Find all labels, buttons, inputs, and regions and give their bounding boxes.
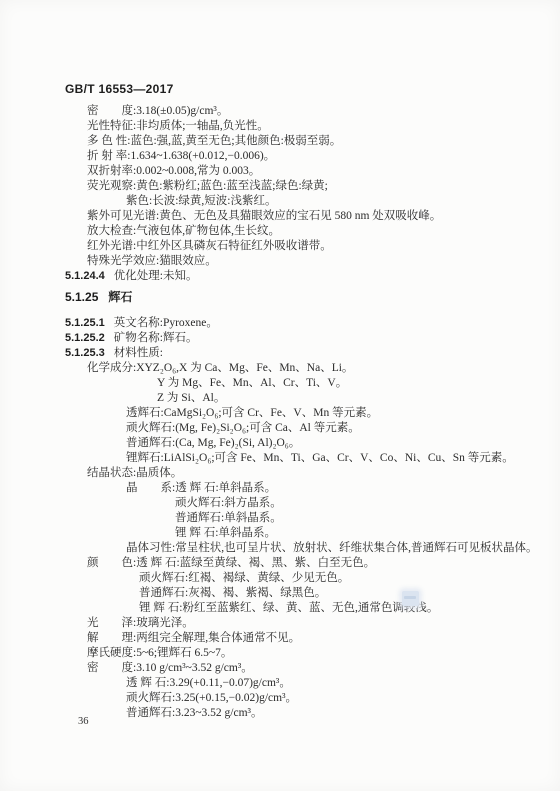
line-text: 普通辉石:单斜晶系。 xyxy=(175,512,282,524)
line-text: 顽火辉石:3.25(+0.15,−0.02)g/cm³。 xyxy=(126,692,297,704)
property-line: 透 辉 石:3.29(+0.11,−0.07)g/cm³。 xyxy=(65,676,530,691)
line-text: 晶 系:透 辉 石:单斜晶系。 xyxy=(126,482,276,494)
property-line: 颜 色:透 辉 石:蓝绿至黄绿、褐、黑、紫、白至无色。 xyxy=(65,556,530,571)
property-line: 锂 辉 石:粉红至蓝紫红、绿、黄、蓝、无色,通常色调较浅。 xyxy=(65,601,530,616)
property-line: 锂 辉 石:单斜晶系。 xyxy=(65,526,530,541)
property-line: 普通辉石:灰褐、褐、紫褐、绿黑色。 xyxy=(65,586,530,601)
property-line: 顽火辉石:3.25(+0.15,−0.02)g/cm³。 xyxy=(65,691,530,706)
line-text: 透辉石:CaMgSi₂O₆;可含 Cr、Fe、V、Mn 等元素。 xyxy=(126,407,378,419)
line-text: 普通辉石:(Ca, Mg, Fe)₂(Si, Al)₂O₆。 xyxy=(126,437,300,449)
line-text: 锂辉石:LiAlSi₂O₆;可含 Fe、Mn、Ti、Ga、Cr、V、Co、Ni、… xyxy=(126,452,514,464)
clause-number: 5.1.25.1 xyxy=(65,317,105,329)
line-text: 多 色 性:蓝色:强,蓝,黄至无色;其他颜色:极弱至弱。 xyxy=(87,135,341,147)
line-text: 英文名称:Pyroxene。 xyxy=(114,317,218,329)
property-line: 光性特征:非均质体;一轴晶,负光性。 xyxy=(65,119,530,134)
property-line: 晶 系:透 辉 石:单斜晶系。 xyxy=(65,481,530,496)
section-heading: 5.1.25辉石 xyxy=(65,290,530,305)
line-text: 顽火辉石:(Mg, Fe)₂Si₂O₆;可含 Ca、Al 等元素。 xyxy=(126,422,360,434)
line-text: 荧光观察:黄色:紫粉红;蓝色:蓝至浅蓝;绿色:绿黄; xyxy=(87,180,328,192)
property-line: 特殊光学效应:猫眼效应。 xyxy=(65,254,530,269)
section-title: 辉石 xyxy=(108,290,132,304)
line-text: 普通辉石:3.23~3.52 g/cm³。 xyxy=(126,707,262,719)
property-line: 锂辉石:LiAlSi₂O₆;可含 Fe、Mn、Ti、Ga、Cr、V、Co、Ni、… xyxy=(65,451,530,466)
property-line: 紫色:长波:绿黄,短波:浅紫红。 xyxy=(65,194,530,209)
property-line: 顽火辉石:斜方晶系。 xyxy=(65,496,530,511)
line-text: 普通辉石:灰褐、褐、紫褐、绿黑色。 xyxy=(139,587,326,599)
line-text: 顽火辉石:斜方晶系。 xyxy=(175,497,282,509)
property-line: 晶体习性:常呈柱状,也可呈片状、放射状、纤维状集合体,普通辉石可见板状晶体。 xyxy=(65,541,530,556)
line-text: 红外光谱:中红外区具磷灰石特征红外吸收谱带。 xyxy=(87,240,332,252)
clause-line: 5.1.24.4优化处理:未知。 xyxy=(65,269,530,284)
clause-number: 5.1.24.4 xyxy=(65,270,105,282)
document-body: 密 度:3.18(±0.05)g/cm³。光性特征:非均质体;一轴晶,负光性。多… xyxy=(65,104,530,727)
property-line: 解 理:两组完全解理,集合体通常不见。 xyxy=(65,631,530,646)
standard-code-header: GB/T 16553—2017 xyxy=(65,82,174,96)
line-text: 折 射 率:1.634~1.638(+0.012,−0.006)。 xyxy=(87,150,275,162)
property-line: Z 为 Si、Al。 xyxy=(65,391,530,406)
scan-artifact xyxy=(402,591,419,606)
property-line: 光 泽:玻璃光泽。 xyxy=(65,616,530,631)
line-text: Y 为 Mg、Fe、Mn、Al、Cr、Ti、V。 xyxy=(157,377,347,389)
line-text: 摩氏硬度:5~6;锂辉石 6.5~7。 xyxy=(87,647,232,659)
property-line: 顽火辉石:红褐、褐绿、黄绿、少见无色。 xyxy=(65,571,530,586)
clause-line: 5.1.25.1英文名称:Pyroxene。 xyxy=(65,316,530,331)
clause-line: 5.1.25.2矿物名称:辉石。 xyxy=(65,331,530,346)
line-text: 矿物名称:辉石。 xyxy=(114,332,198,344)
line-text: 材料性质: xyxy=(114,347,163,359)
section-number: 5.1.25 xyxy=(65,290,98,304)
property-line: 折 射 率:1.634~1.638(+0.012,−0.006)。 xyxy=(65,149,530,164)
property-line: 结晶状态:晶质体。 xyxy=(65,466,530,481)
line-text: 结晶状态:晶质体。 xyxy=(87,467,182,479)
line-text: 紫色:长波:绿黄,短波:浅紫红。 xyxy=(126,195,276,207)
property-line: 透辉石:CaMgSi₂O₆;可含 Cr、Fe、V、Mn 等元素。 xyxy=(65,406,530,421)
line-text: 密 度:3.18(±0.05)g/cm³。 xyxy=(87,105,228,117)
line-text: 双折射率:0.002~0.008,常为 0.003。 xyxy=(87,165,260,177)
line-text: 特殊光学效应:猫眼效应。 xyxy=(87,255,217,267)
property-line: 双折射率:0.002~0.008,常为 0.003。 xyxy=(65,164,530,179)
line-text: 解 理:两组完全解理,集合体通常不见。 xyxy=(87,632,300,644)
line-text: 锂 辉 石:单斜晶系。 xyxy=(175,527,276,539)
property-lines-top: 密 度:3.18(±0.05)g/cm³。光性特征:非均质体;一轴晶,负光性。多… xyxy=(65,104,530,284)
line-text: 紫外可见光谱:黄色、无色及具猫眼效应的宝石见 580 nm 处双吸收峰。 xyxy=(87,210,441,222)
property-line: 普通辉石:单斜晶系。 xyxy=(65,511,530,526)
clause-number: 5.1.25.2 xyxy=(65,332,105,344)
property-line: 密 度:3.18(±0.05)g/cm³。 xyxy=(65,104,530,119)
clause-line: 5.1.25.3材料性质: xyxy=(65,346,530,361)
line-text: 光性特征:非均质体;一轴晶,负光性。 xyxy=(87,120,269,132)
property-line: 普通辉石:(Ca, Mg, Fe)₂(Si, Al)₂O₆。 xyxy=(65,436,530,451)
line-text: 放大检查:气液包体,矿物包体,生长纹。 xyxy=(87,225,280,237)
line-text: 锂 辉 石:粉红至蓝紫红、绿、黄、蓝、无色,通常色调较浅。 xyxy=(139,602,438,614)
property-line: 多 色 性:蓝色:强,蓝,黄至无色;其他颜色:极弱至弱。 xyxy=(65,134,530,149)
document-page: GB/T 16553—2017 密 度:3.18(±0.05)g/cm³。光性特… xyxy=(0,0,560,791)
property-line: 化学成分:XYZ₂O₆,X 为 Ca、Mg、Fe、Mn、Na、Li。 xyxy=(65,361,530,376)
property-line: 密 度:3.10 g/cm³~3.52 g/cm³。 xyxy=(65,661,530,676)
property-lines-bottom: 5.1.25.1英文名称:Pyroxene。5.1.25.2矿物名称:辉石。5.… xyxy=(65,316,530,721)
property-line: 红外光谱:中红外区具磷灰石特征红外吸收谱带。 xyxy=(65,239,530,254)
line-text: 颜 色:透 辉 石:蓝绿至黄绿、褐、黑、紫、白至无色。 xyxy=(87,557,375,569)
line-text: 顽火辉石:红褐、褐绿、黄绿、少见无色。 xyxy=(139,572,349,584)
line-text: 密 度:3.10 g/cm³~3.52 g/cm³。 xyxy=(87,662,253,674)
property-line: 紫外可见光谱:黄色、无色及具猫眼效应的宝石见 580 nm 处双吸收峰。 xyxy=(65,209,530,224)
line-text: 光 泽:玻璃光泽。 xyxy=(87,617,194,629)
line-text: 透 辉 石:3.29(+0.11,−0.07)g/cm³。 xyxy=(126,677,291,689)
line-text: 优化处理:未知。 xyxy=(114,270,198,282)
line-text: 化学成分:XYZ₂O₆,X 为 Ca、Mg、Fe、Mn、Na、Li。 xyxy=(87,362,353,374)
property-line: 放大检查:气液包体,矿物包体,生长纹。 xyxy=(65,224,530,239)
property-line: Y 为 Mg、Fe、Mn、Al、Cr、Ti、V。 xyxy=(65,376,530,391)
property-line: 摩氏硬度:5~6;锂辉石 6.5~7。 xyxy=(65,646,530,661)
clause-number: 5.1.25.3 xyxy=(65,347,105,359)
property-line: 顽火辉石:(Mg, Fe)₂Si₂O₆;可含 Ca、Al 等元素。 xyxy=(65,421,530,436)
line-text: Z 为 Si、Al。 xyxy=(157,392,225,404)
property-line: 荧光观察:黄色:紫粉红;蓝色:蓝至浅蓝;绿色:绿黄; xyxy=(65,179,530,194)
line-text: 晶体习性:常呈柱状,也可呈片状、放射状、纤维状集合体,普通辉石可见板状晶体。 xyxy=(126,542,537,554)
